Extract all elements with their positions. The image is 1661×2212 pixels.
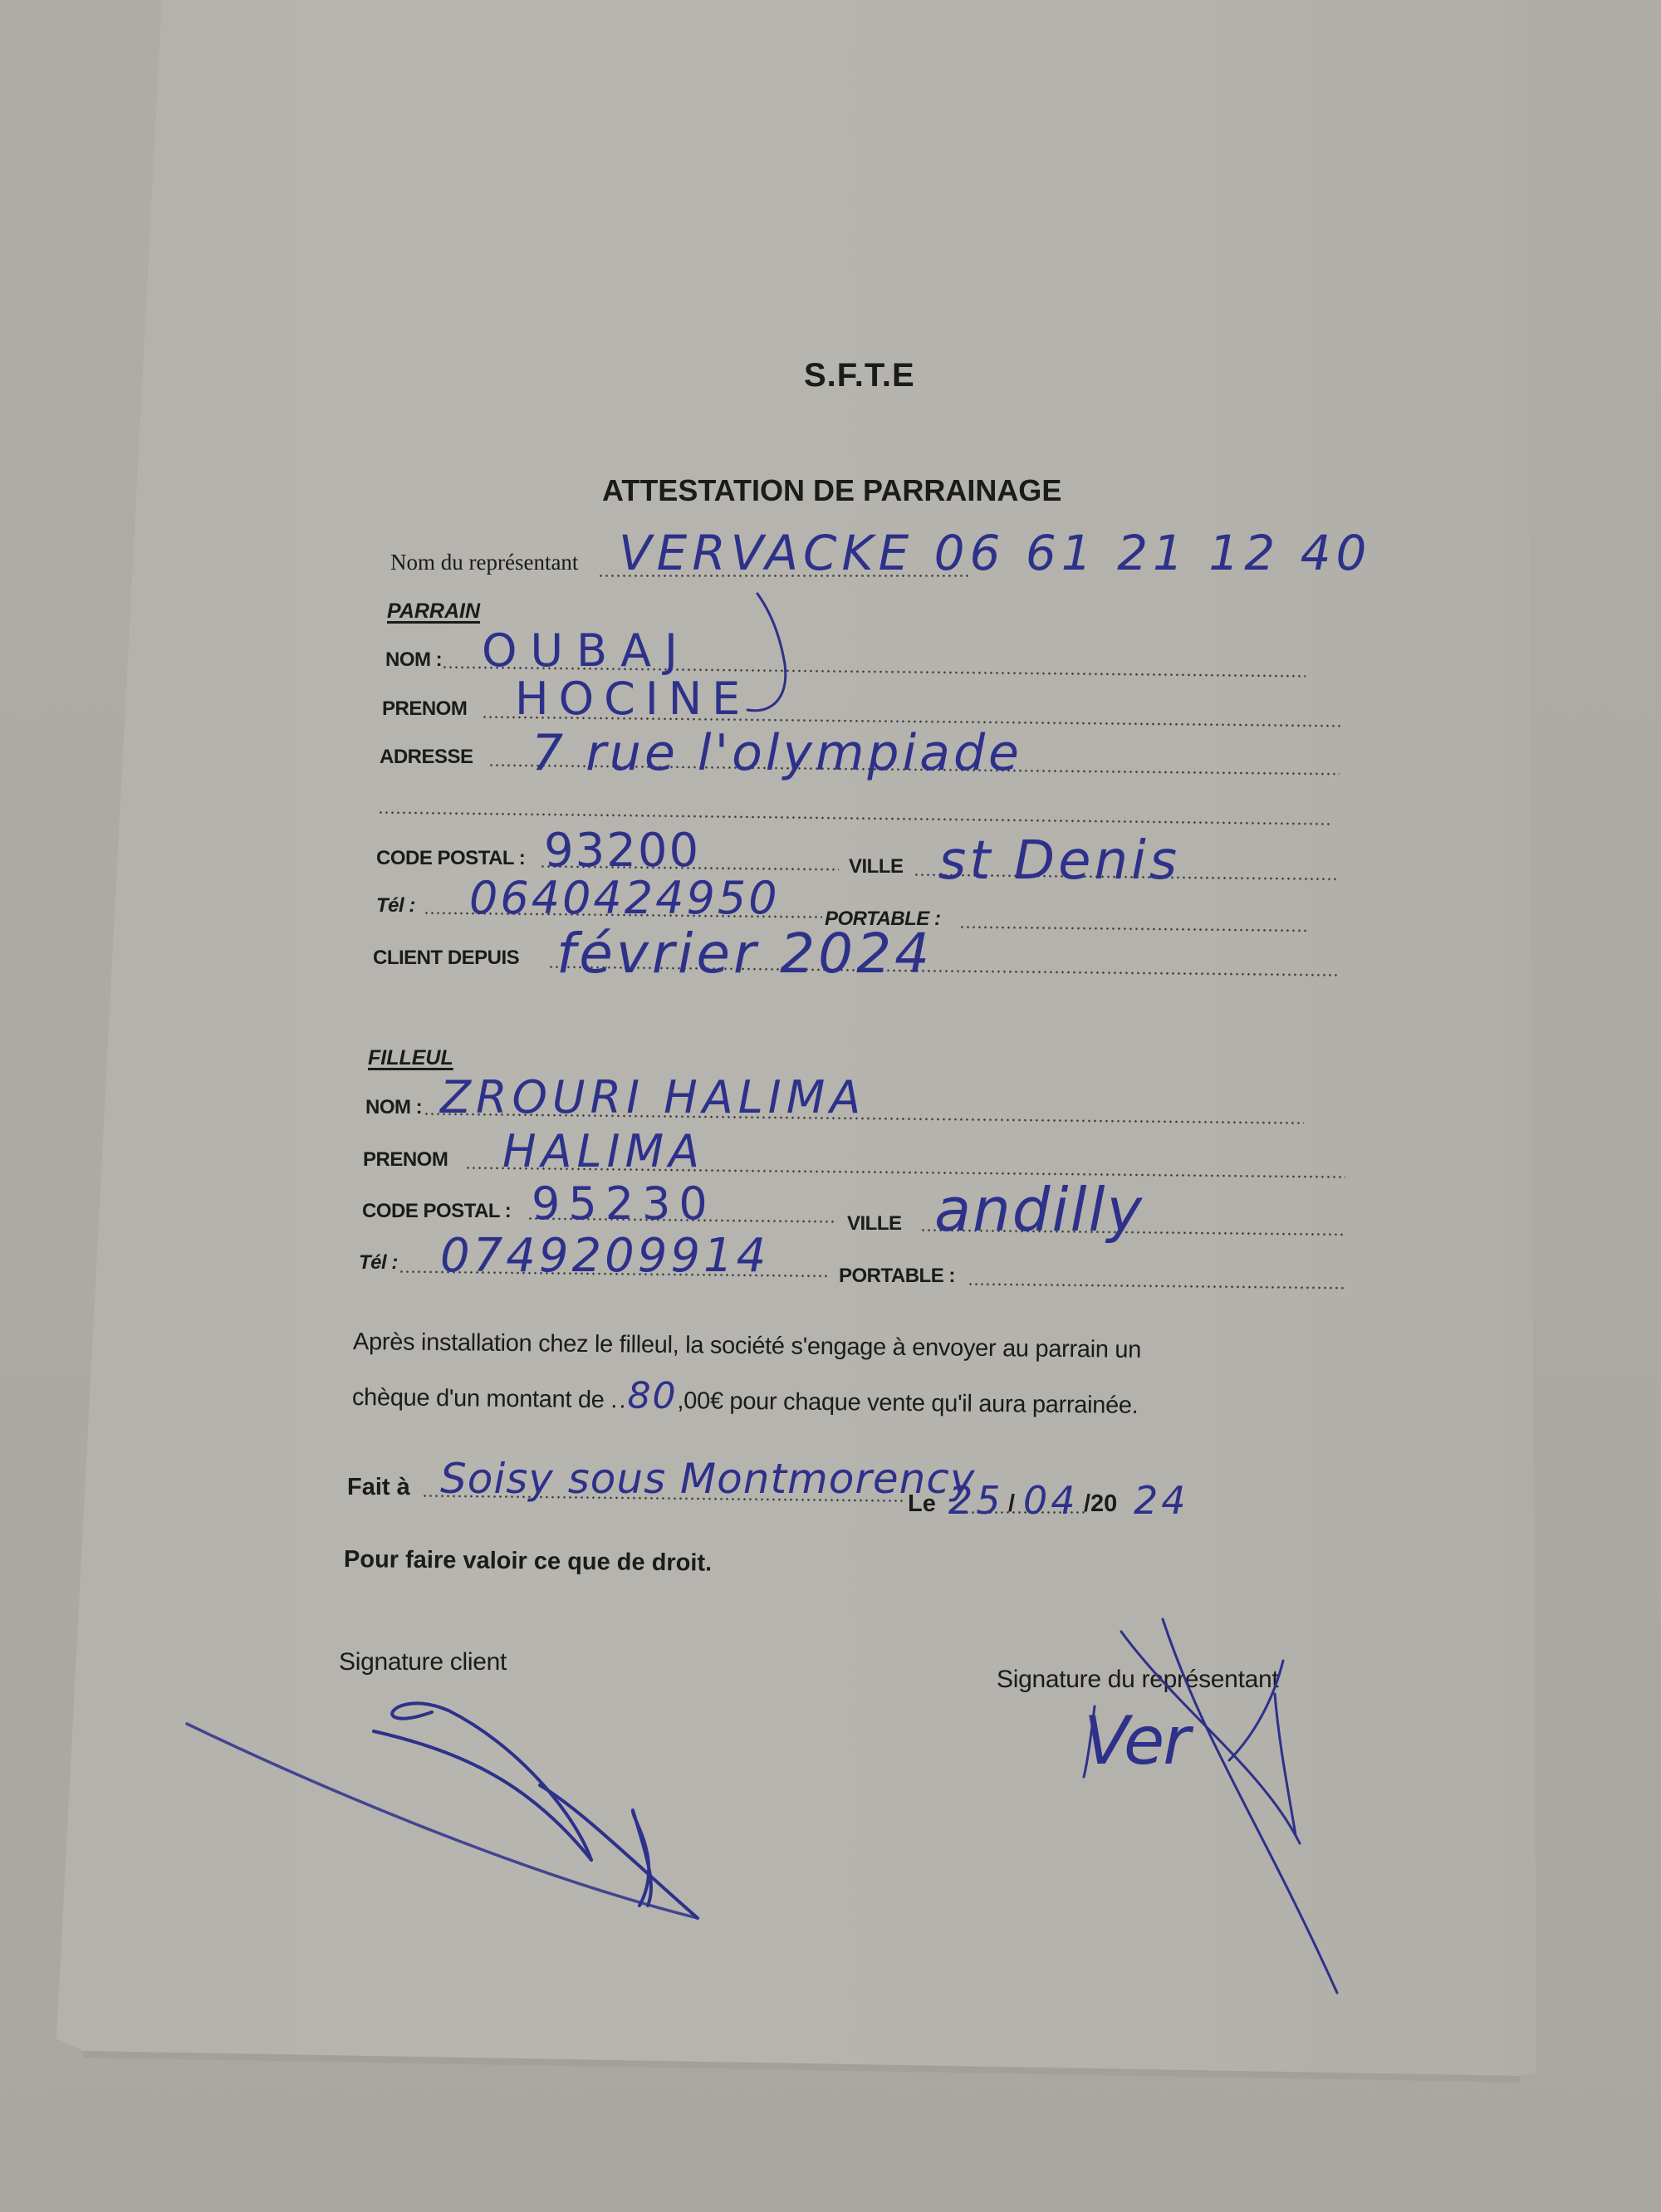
client-signature <box>187 1703 698 1918</box>
representant-signature <box>1084 1619 1337 1993</box>
handwriting-strokes <box>0 0 1661 2212</box>
